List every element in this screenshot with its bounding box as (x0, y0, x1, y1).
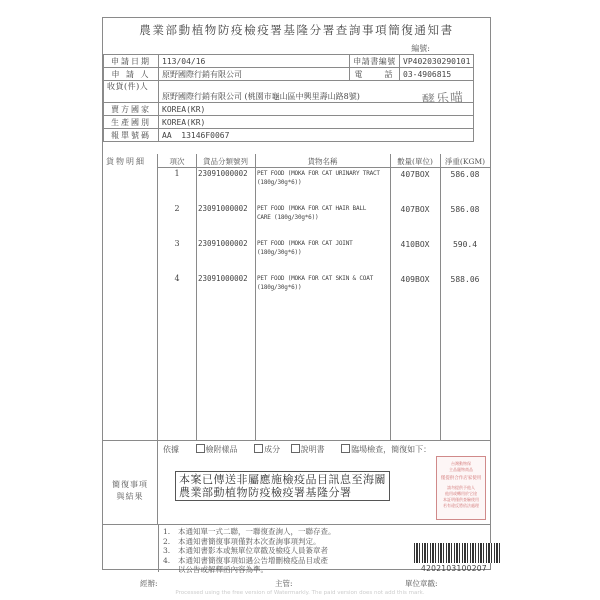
reply-section-label: 簡復事項 與結果 (103, 441, 158, 525)
checkbox-ingredients[interactable]: 成分 (254, 445, 280, 454)
row-net-weight: 586.08 (440, 170, 490, 179)
note-item: 4.本通知書簡復事項如遇公告增刪檢疫品目或產 (163, 556, 336, 566)
notice-document: 農業部動植物防疫檢疫署基隆分署查詢事項簡復通知書 編號: 申請日期 113/04… (102, 17, 491, 570)
goods-section-label: 貨物明細 (103, 154, 158, 440)
note-item: 1.本通知單一式二聯，一聯復查詢人，一聯存查。 (163, 527, 336, 537)
row-goods-name: PET FOOD (MOKA FOR CAT SKIN & COAT (180g… (257, 274, 383, 292)
goods-row: 123091000002PET FOOD (MOKA FOR CAT URINA… (158, 168, 490, 203)
unit-stamp-label: 單位章戳: (405, 578, 438, 589)
row-net-weight: 588.06 (440, 275, 490, 284)
row-quantity: 409BOX (390, 275, 440, 284)
handler-label: 經辦: (140, 578, 158, 589)
note-item: 以公告或解釋函內容為準。 (163, 565, 336, 575)
row-goods-name: PET FOOD (MOKA FOR CAT HAIR BALL CARE (1… (257, 204, 383, 222)
note-item: 2.本通知書簡復事項僅對本次查詢事項判定。 (163, 537, 336, 547)
application-no-label: 申請書編號 (350, 55, 400, 68)
application-date-value: 113/04/16 (159, 55, 350, 68)
note-item: 3.本通知書影本或無單位章戳及檢疫人員簽章者 (163, 546, 336, 556)
row-hs-code: 23091000002 (198, 204, 255, 213)
barcode-number: 4202103100207 (421, 564, 487, 573)
goods-row: 223091000002PET FOOD (MOKA FOR CAT HAIR … (158, 203, 490, 238)
notes-section: 1.本通知單一式二聯，一聯復查詢人，一聯存查。2.本通知書簡復事項僅對本次查詢事… (103, 524, 490, 572)
document-title: 農業部動植物防疫檢疫署基隆分署查詢事項簡復通知書 (103, 22, 490, 38)
applicant-value: 原野國際行銷有限公司 (159, 68, 350, 81)
row-hs-code: 23091000002 (198, 169, 255, 178)
checkbox-onsite-inspection[interactable]: 臨場檢查，簡復如下： (341, 445, 431, 454)
column-header-weight: 淨重(KGM) (440, 156, 490, 167)
seller-country-value: KOREA(KR) (159, 103, 474, 116)
column-header-code: 貨品分類號列 (196, 156, 255, 167)
seller-country-row: 賣方國家 KOREA(KR) (104, 103, 474, 116)
basis-line: 依據 檢附樣品 成分 說明書 臨場檢查，簡復如下： (163, 444, 431, 455)
declaration-no-label: 報單號碼 (104, 129, 159, 142)
red-seal-stamp: 台灣動物保 主品寵物商品 僅提供合作店家使用 請勿提供予他人 他用或轉用於它途 … (436, 456, 486, 520)
row-item-number: 3 (158, 239, 196, 248)
row-hs-code: 23091000002 (198, 274, 255, 283)
phone-value: 03-4906815 (400, 68, 474, 81)
checkbox-sample[interactable]: 檢附樣品 (196, 445, 238, 454)
checkbox-icon[interactable] (196, 444, 205, 453)
declaration-no-value: AA 13146F0067 (159, 129, 474, 142)
origin-country-value: KOREA(KR) (159, 116, 474, 129)
row-net-weight: 586.08 (440, 205, 490, 214)
application-no-value: VP402030290101 (400, 55, 474, 68)
origin-country-label: 生產國別 (104, 116, 159, 129)
row-item-number: 1 (158, 169, 196, 178)
row-quantity: 407BOX (390, 170, 440, 179)
checkbox-icon[interactable] (341, 444, 350, 453)
row-hs-code: 23091000002 (198, 239, 255, 248)
phone-label: 電 話 (350, 68, 400, 81)
column-header-item: 項次 (158, 156, 196, 167)
application-date-label: 申請日期 (104, 55, 159, 68)
handwritten-note: 酵乐喵 (421, 87, 464, 103)
supervisor-label: 主管: (275, 578, 293, 589)
column-header-quantity: 數量(單位) (390, 156, 440, 167)
reply-section: 簡復事項 與結果 依據 檢附樣品 成分 說明書 臨場檢查，簡復如下： 本案已傳送… (103, 440, 490, 525)
row-goods-name: PET FOOD (MOKA FOR CAT JOINT (180g/30g*6… (257, 239, 383, 257)
consignee-value: 原野國際行銷有限公司 (桃園市龜山區中興里壽山路8號) (162, 92, 360, 101)
origin-country-row: 生產國別 KOREA(KR) (104, 116, 474, 129)
row-quantity: 410BOX (390, 240, 440, 249)
seller-country-label: 賣方國家 (104, 103, 159, 116)
application-date-row: 申請日期 113/04/16 申請書編號 VP402030290101 (104, 55, 474, 68)
declaration-no-row: 報單號碼 AA 13146F0067 (104, 129, 474, 142)
checkbox-manual[interactable]: 說明書 (291, 445, 325, 454)
checkbox-icon[interactable] (254, 444, 263, 453)
row-goods-name: PET FOOD (MOKA FOR CAT URINARY TRACT (18… (257, 169, 383, 187)
goods-table: 項次 貨品分類號列 貨物名稱 數量(單位) 淨重(KGM) 1230910000… (158, 154, 490, 440)
basis-label: 依據 (163, 445, 179, 454)
row-item-number: 2 (158, 204, 196, 213)
row-net-weight: 590.4 (440, 240, 490, 249)
notes-list: 1.本通知單一式二聯，一聯復查詢人，一聯存查。2.本通知書簡復事項僅對本次查詢事… (163, 527, 336, 575)
applicant-label: 申 請 人 (104, 68, 159, 81)
goods-section: 貨物明細 項次 貨品分類號列 貨物名稱 數量(單位) 淨重(KGM) 12309… (103, 154, 490, 440)
consignee-label: 收貨(件)人 (104, 81, 159, 103)
row-item-number: 4 (158, 274, 196, 283)
barcode (414, 543, 502, 563)
goods-row: 423091000002PET FOOD (MOKA FOR CAT SKIN … (158, 273, 490, 308)
serial-number-label: 編號: (411, 43, 430, 54)
goods-row: 323091000002PET FOOD (MOKA FOR CAT JOINT… (158, 238, 490, 273)
row-quantity: 407BOX (390, 205, 440, 214)
goods-header-row: 項次 貨品分類號列 貨物名稱 數量(單位) 淨重(KGM) (158, 154, 490, 168)
checkbox-icon[interactable] (291, 444, 300, 453)
consignee-row: 收貨(件)人 原野國際行銷有限公司 (桃園市龜山區中興里壽山路8號) 酵乐喵 (104, 81, 474, 103)
column-header-name: 貨物名稱 (255, 156, 390, 167)
header-fields-table: 申請日期 113/04/16 申請書編號 VP402030290101 申 請 … (103, 54, 474, 142)
applicant-row: 申 請 人 原野國際行銷有限公司 電 話 03-4906815 (104, 68, 474, 81)
watermark-text: Processed using the free version of Wate… (0, 590, 600, 596)
official-stamp: 本案已傳送非屬應施檢疫品目訊息至海關 農業部動植物防疫檢疫署基隆分署 (175, 471, 390, 501)
